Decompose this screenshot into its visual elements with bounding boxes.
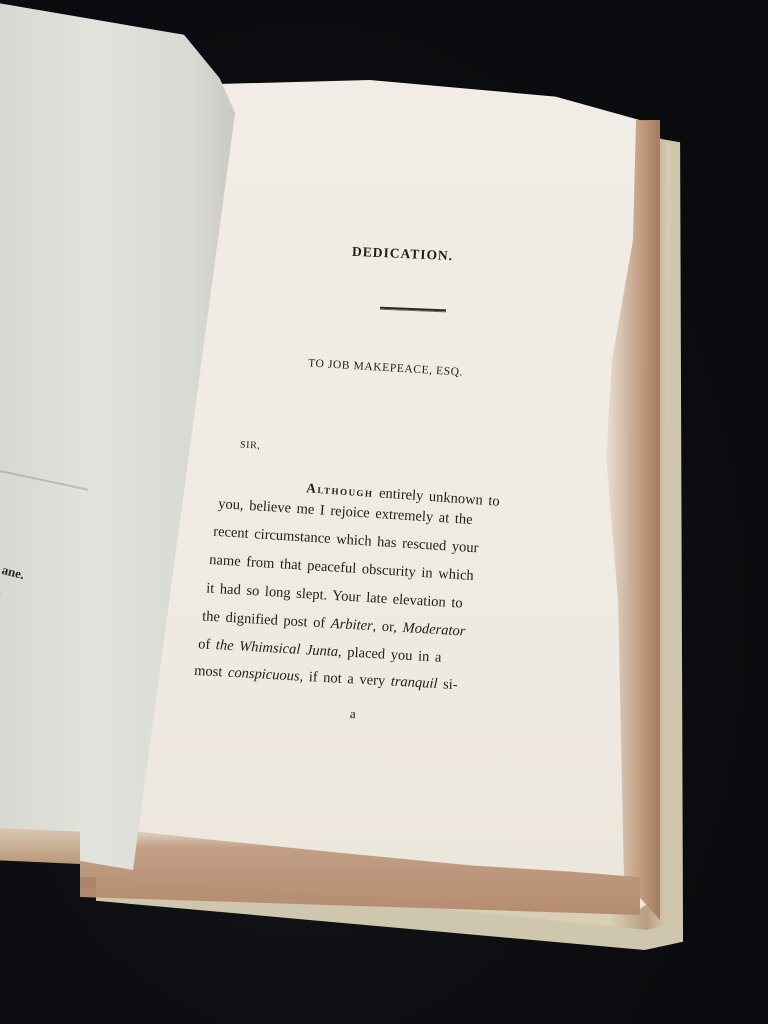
dedication-heading: DEDICATION. bbox=[352, 244, 454, 264]
body-line-3: recent circumstance which has rescued yo… bbox=[213, 524, 479, 558]
dedication-addressee: TO JOB MAKEPEACE, ESQ. bbox=[308, 357, 464, 378]
heading-rule bbox=[380, 307, 446, 313]
body-line-8: most conspicuous, if not a very tranquil… bbox=[194, 663, 458, 694]
body-line-6: the dignified post of Arbiter, or, Moder… bbox=[202, 608, 466, 640]
body-line-7: of the Whimsical Junta, placed you in a bbox=[198, 636, 442, 667]
catchword: a bbox=[350, 706, 357, 722]
body-line-4: name from that peaceful obscurity in whi… bbox=[209, 552, 474, 585]
salutation: SIR, bbox=[240, 439, 261, 451]
body-line-5: it had so long slept. Your late elevatio… bbox=[206, 580, 463, 612]
right-page-text: DEDICATION. TO JOB MAKEPEACE, ESQ. SIR, … bbox=[0, 0, 768, 1024]
